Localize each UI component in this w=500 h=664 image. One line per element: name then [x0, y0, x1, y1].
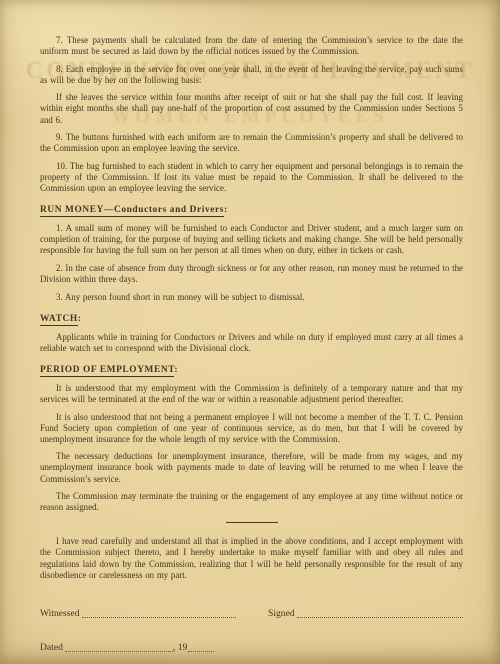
- uniform-clause-10: 10. The bag furnished to each student in…: [40, 161, 463, 194]
- watch-heading-colon: :: [78, 314, 82, 324]
- dated-label: Dated: [40, 642, 63, 653]
- dated-line: [65, 651, 173, 652]
- run-money-heading-colon: :: [224, 205, 228, 215]
- period-clause-4: The Commission may terminate the trainin…: [40, 491, 463, 513]
- period-clause-3: The necessary deductions for unemploymen…: [40, 451, 463, 484]
- acceptance-declaration: I have read carefully and understand all…: [40, 536, 463, 580]
- year-prefix: , 19: [173, 642, 187, 653]
- period-clause-2: It is also understood that not being a p…: [40, 412, 463, 445]
- section-divider: [226, 522, 278, 523]
- watch-clause: Applicants while in training for Conduct…: [40, 332, 463, 354]
- signed-signature-line: [297, 617, 463, 618]
- watch-heading-text: WATCH: [40, 314, 78, 326]
- uniform-clause-8: 8. Each employee in the service for over…: [40, 64, 463, 86]
- year-line: [188, 651, 214, 652]
- signed-field: Signed: [268, 608, 463, 619]
- signed-label: Signed: [268, 608, 295, 619]
- witnessed-signature-line: [82, 617, 236, 618]
- run-money-heading: RUN MONEY—Conductors and Drivers:: [40, 205, 463, 215]
- dated-field: Dated , 19: [40, 642, 232, 653]
- uniform-clause-9: 9. The buttons furnished with each unifo…: [40, 132, 463, 154]
- witnessed-field: Witnessed: [40, 608, 236, 619]
- period-clause-1: It is understood that my employment with…: [40, 383, 463, 405]
- period-of-employment-heading: PERIOD OF EMPLOYMENT:: [40, 365, 463, 375]
- signature-row: Witnessed Signed: [40, 608, 463, 619]
- period-of-employment-heading-colon: :: [174, 365, 178, 375]
- run-money-clause-2: 2. In the case of absence from duty thro…: [40, 263, 463, 285]
- document-body: 7. These payments shall be calculated fr…: [40, 35, 463, 653]
- witnessed-label: Witnessed: [40, 608, 80, 619]
- run-money-heading-text: RUN MONEY—Conductors and Drivers: [40, 205, 224, 217]
- period-of-employment-heading-text: PERIOD OF EMPLOYMENT: [40, 365, 174, 377]
- run-money-clause-3: 3. Any person found short in run money w…: [40, 292, 463, 303]
- uniform-clause-7: 7. These payments shall be calculated fr…: [40, 35, 463, 57]
- watch-heading: WATCH:: [40, 314, 463, 324]
- uniform-clause-8a: If she leaves the service within four mo…: [40, 92, 463, 125]
- scanned-document-page: CONDITIONS OF EMPLOYMENT WOMEN EMPLOYEES…: [0, 0, 500, 664]
- run-money-clause-1: 1. A small sum of money will be furnishe…: [40, 223, 463, 256]
